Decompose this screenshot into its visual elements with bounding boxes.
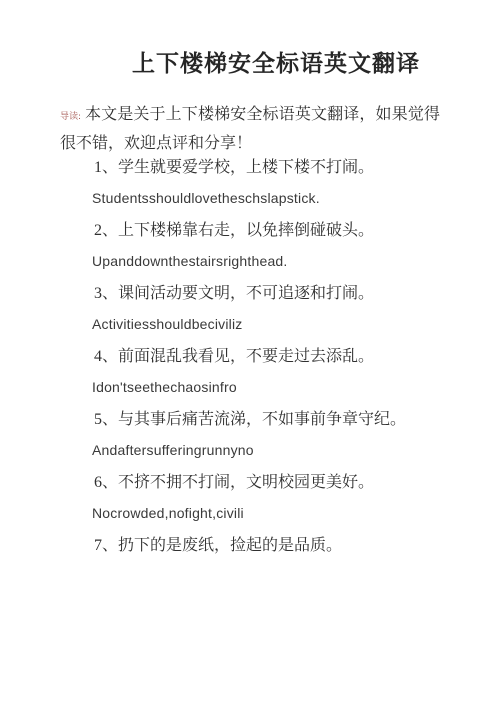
list-item: 7、扔下的是废纸，捡起的是品质。 xyxy=(60,535,440,557)
slogan-english: Idon'tseethechaosinfro xyxy=(60,377,440,397)
slogan-english: Upanddownthestairsrighthead. xyxy=(60,251,440,271)
list-item: 2、上下楼梯靠右走，以免摔倒碰破头。 Upanddownthestairsrig… xyxy=(60,220,440,271)
slogan-chinese: 7、扔下的是废纸，捡起的是品质。 xyxy=(60,535,440,557)
lead-paragraph: 导读:本文是关于上下楼梯安全标语英文翻译，如果觉得很不错，欢迎点评和分享！ xyxy=(60,101,440,157)
page-title: 上下楼梯安全标语英文翻译 xyxy=(60,49,440,79)
lead-text: 本文是关于上下楼梯安全标语英文翻译，如果觉得很不错，欢迎点评和分享！ xyxy=(60,106,440,152)
slogan-english: Nocrowded,nofight,civili xyxy=(60,503,440,523)
slogan-chinese: 3、课间活动要文明，不可追逐和打闹。 xyxy=(60,283,440,305)
slogan-chinese: 4、前面混乱我看见，不要走过去添乱。 xyxy=(60,346,440,368)
document-body: 上下楼梯安全标语英文翻译 导读:本文是关于上下楼梯安全标语英文翻译，如果觉得很不… xyxy=(0,0,500,557)
list-item: 3、课间活动要文明，不可追逐和打闹。 Activitiesshouldbeciv… xyxy=(60,283,440,334)
slogan-english: Studentsshouldlovetheschslapstick. xyxy=(60,188,440,208)
document-page: 上下楼梯安全标语英文翻译 导读:本文是关于上下楼梯安全标语英文翻译，如果觉得很不… xyxy=(0,0,500,707)
list-item: 6、不挤不拥不打闹，文明校园更美好。 Nocrowded,nofight,civ… xyxy=(60,472,440,523)
list-item: 4、前面混乱我看见，不要走过去添乱。 Idon'tseethechaosinfr… xyxy=(60,346,440,397)
slogan-chinese: 6、不挤不拥不打闹，文明校园更美好。 xyxy=(60,472,440,494)
slogan-english: Activitiesshouldbeciviliz xyxy=(60,314,440,334)
list-item: 5、与其事后痛苦流涕，不如事前争章守纪。 Andaftersufferingru… xyxy=(60,409,440,460)
slogan-chinese: 1、学生就要爱学校，上楼下楼不打闹。 xyxy=(60,157,440,179)
slogan-list: 1、学生就要爱学校，上楼下楼不打闹。 Studentsshouldlovethe… xyxy=(60,157,440,557)
slogan-chinese: 5、与其事后痛苦流涕，不如事前争章守纪。 xyxy=(60,409,440,431)
slogan-chinese: 2、上下楼梯靠右走，以免摔倒碰破头。 xyxy=(60,220,440,242)
lead-label: 导读: xyxy=(60,111,85,121)
slogan-english: Andaftersufferingrunnyno xyxy=(60,440,440,460)
list-item: 1、学生就要爱学校，上楼下楼不打闹。 Studentsshouldlovethe… xyxy=(60,157,440,208)
